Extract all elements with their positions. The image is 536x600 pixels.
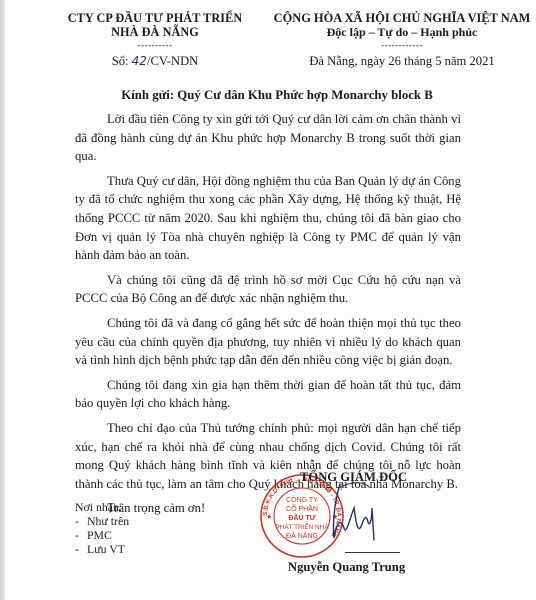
handwritten-signature-icon xyxy=(310,478,410,558)
recipient-item: PMC xyxy=(75,528,129,542)
letter-body: Lời đầu tiên Công ty xin gửi tới Quý cư … xyxy=(75,110,461,524)
national-motto: Độc lập – Tự do – Hạnh phúc xyxy=(268,25,536,39)
national-header: CỘNG HÒA XÃ HỘI CHỦ NGHĨA VIỆT NAM Độc l… xyxy=(268,11,536,69)
signature-underline xyxy=(345,552,400,553)
recipients-label: Nơi nhận: xyxy=(75,500,129,514)
doc-number-suffix: /CV-NDN xyxy=(147,54,198,68)
recipients-list: Như trên PMC Lưu VT xyxy=(75,514,129,556)
signatory-name: Nguyễn Quang Trung xyxy=(288,560,405,575)
header-separator-left: ---------- xyxy=(60,41,250,49)
header-separator-right: ------------ xyxy=(268,41,536,49)
paragraph: Và chúng tôi cũng đã đệ trình hồ sơ mời … xyxy=(75,271,461,308)
doc-number-value: 42 xyxy=(132,54,147,68)
doc-number-prefix: Số: xyxy=(112,54,129,68)
place-date: Đà Nẵng, ngày 26 tháng 5 năm 2021 xyxy=(268,53,536,69)
document-number: Số: 42/CV-NDN xyxy=(60,53,250,69)
paragraph: Chúng tôi đang xin gia hạn thêm thời gia… xyxy=(75,376,461,413)
organization-name-line1: CTY CP ĐẦU TƯ PHÁT TRIỂN xyxy=(60,11,250,25)
recipient-item: Lưu VT xyxy=(75,542,129,556)
nation-title: CỘNG HÒA XÃ HỘI CHỦ NGHĨA VIỆT NAM xyxy=(268,11,536,25)
paragraph: Chúng tôi đã và đang cố gắng hết sức để … xyxy=(75,314,461,370)
official-letter: CTY CP ĐẦU TƯ PHÁT TRIỂN NHÀ ĐÀ NẴNG ---… xyxy=(0,0,536,600)
recipient-item: Như trên xyxy=(75,514,129,528)
paragraph: Thưa Quý cư dân, Hội đồng nghiệm thu của… xyxy=(75,172,461,265)
paragraph: Lời đầu tiên Công ty xin gửi tới Quý cư … xyxy=(75,110,461,166)
organization-name-line2: NHÀ ĐÀ NẴNG xyxy=(60,25,250,39)
salutation: Kính gửi: Quý Cư dân Khu Phức hợp Monarc… xyxy=(0,88,536,103)
issuer-header: CTY CP ĐẦU TƯ PHÁT TRIỂN NHÀ ĐÀ NẴNG ---… xyxy=(60,11,250,69)
recipients-block: Nơi nhận: Như trên PMC Lưu VT xyxy=(75,500,129,556)
svg-text:★: ★ xyxy=(266,513,272,521)
